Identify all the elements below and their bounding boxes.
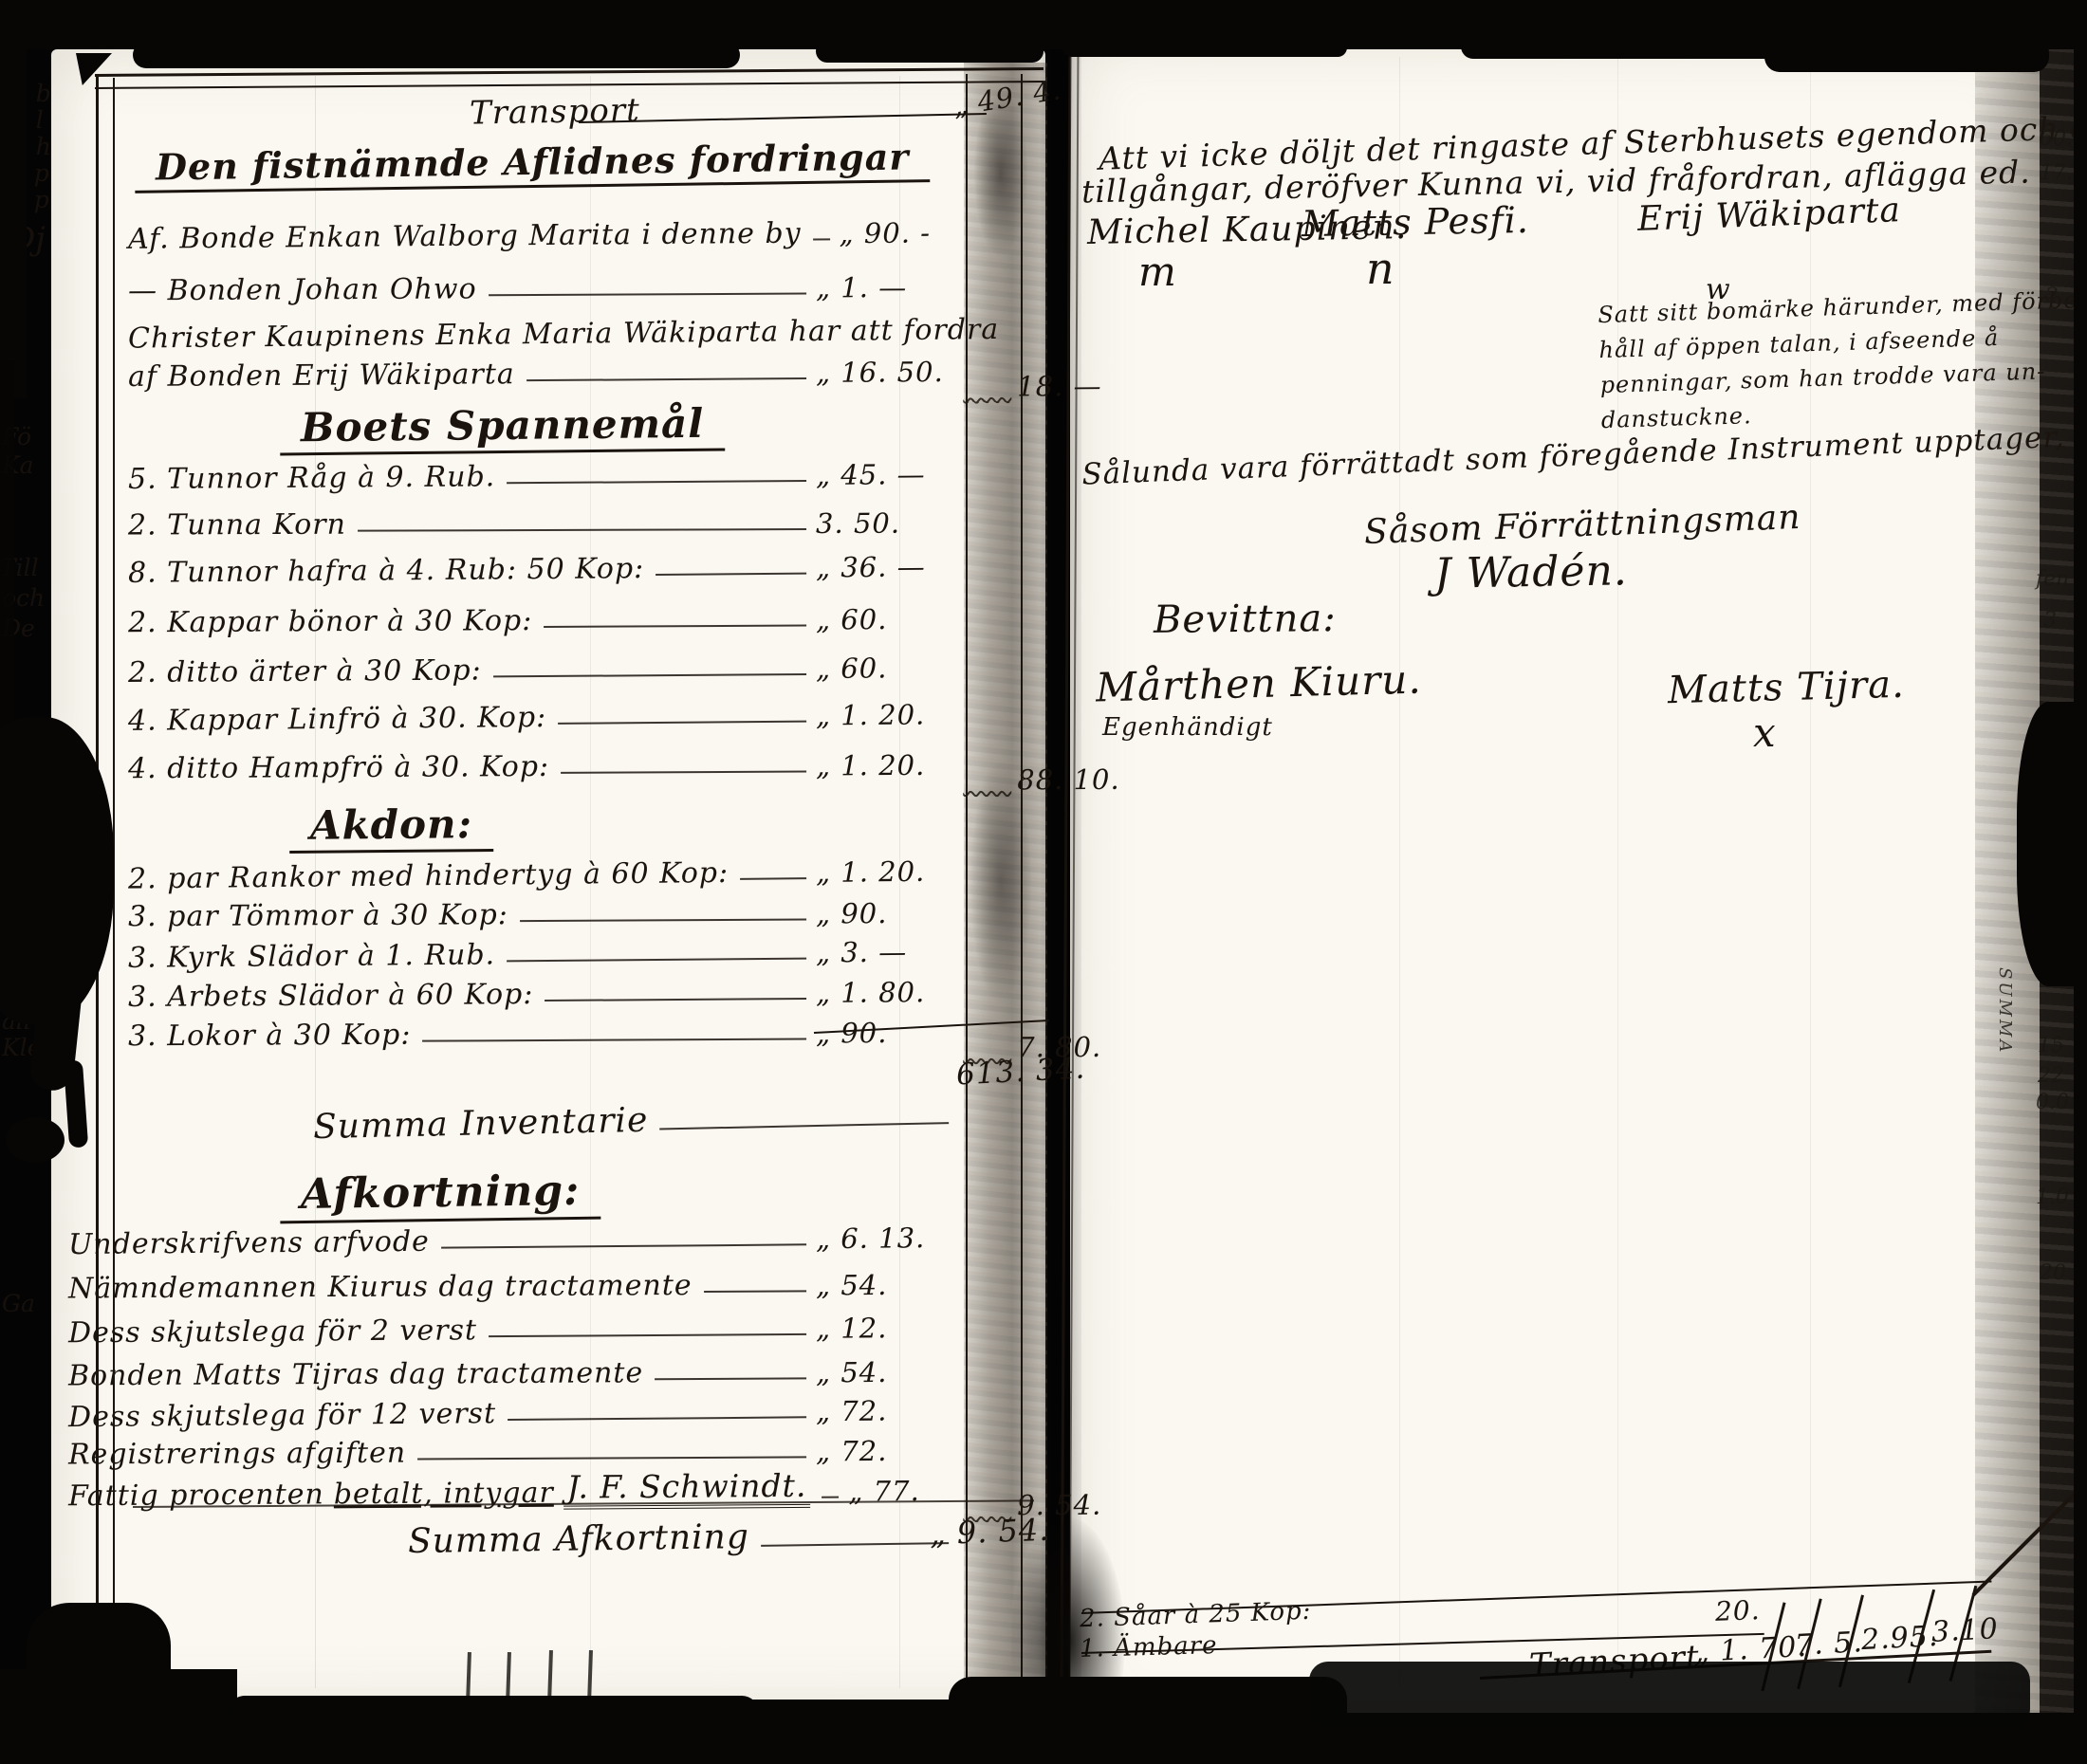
fill-rule [507,958,806,963]
row-value: „ 90. [816,1017,958,1050]
fill-rule [659,1122,949,1130]
edge-fragment: 22 [2038,1064,2064,1088]
officiant-signature: J Wadén. [1434,546,1629,598]
row-value: „ 6. 13. [816,1222,958,1255]
ledger-row: 2. Tunna Korn 3. 50. [128,497,958,542]
summa-inventarie-label: Summa Inventarie [313,1101,649,1147]
edge-fragment: 15 [2038,1034,2064,1057]
ledger-row-fattig: Fattig procenten betalt, intygar J. F. S… [68,1465,958,1514]
row-label: 3. par Tömmor à 30 Kop: [128,898,508,933]
fill-rule [520,919,806,923]
row-label: Registrerings afgiften [68,1437,406,1472]
row-value: „ 12. [816,1312,958,1345]
row-value: „ 1. — [816,271,958,304]
fill-rule [544,625,806,628]
fill-rule [761,1542,949,1547]
fill-rule [489,1333,806,1337]
scan-edge-right [2074,0,2087,1764]
row-value: „ 1. 20. [816,698,958,731]
witness-signature: Matts Tijra. [1667,663,1905,713]
ledger-row: Af. Bonde Enkan Walborg Marita i denne b… [128,207,958,256]
edge-fragment: 1.0 [2036,1185,2069,1209]
fill-rule [813,238,830,240]
ledger-row: Underskrifvens arfvode „ 6. 13. [68,1212,958,1261]
row-label: Nämndemannen Kiurus dag tractamente [68,1269,693,1305]
row-label: Fattig procenten [68,1478,324,1513]
ledger-row: 8. Tunnor hafra à 4. Rub: 50 Kop: „ 36. … [128,541,958,590]
witness-signature: Mårthen Kiuru. [1095,656,1422,711]
scan-edge-lump [1062,38,1347,57]
edge-fragment: 3 [2043,609,2057,633]
fattig-paid-note: betalt, intygar [334,1477,554,1512]
row-label: 2. ditto ärter à 30 Kop: [128,653,482,689]
bomarke-mark: n [1366,243,1395,294]
witness-note: Egenhändigt [1102,713,1273,742]
bomarke-mark: x [1753,709,1777,756]
row-label: 4. Kappar Linfrö à 30. Kop: [128,701,546,738]
fill-rule [656,573,806,576]
scan-edge-lump [1309,1662,2030,1728]
fill-rule [507,480,806,484]
ledger-row: 3. Lokor à 30 Kop: „ 90. 7. 80. [128,1007,958,1054]
row-label: Underskrifvens arfvode [68,1225,430,1261]
fill-rule [422,1038,806,1042]
scanned-book-spread: Transport „ 49. 4. Den fistnämnde Aflidn… [0,0,2087,1764]
row-label: 3. Lokor à 30 Kop: [128,1019,412,1054]
schwindt-signature: J. F. Schwindt. [563,1467,811,1510]
fill-rule [655,1377,806,1380]
scan-edge-lump [664,1700,987,1728]
ledger-row: 2. ditto ärter à 30 Kop: „ 60. [128,642,958,689]
ledger-row: af Bonden Erij Wäkiparta „ 16. 50. 18. — [128,346,958,394]
row-value: „ 36. — [816,550,958,583]
row-value: „ 1. 20. [816,749,958,782]
row-value: „ 90. [816,897,958,930]
ledger-row: Dess skjutslega för 2 verst „ 12. [68,1302,958,1351]
row-label: 3. Arbets Slädor à 60 Kop: [128,978,534,1014]
ledger-row: 5. Tunnor Råg à 9. Rub. „ 45. — [128,449,958,496]
scan-edge-lump [1764,38,2049,72]
row-value: „ 16. 50. [816,356,958,389]
row-label: 4. ditto Hampfrö à 30. Kop: [128,750,549,785]
bomarke-note: Satt sitt bomärke härunder, med förbe- h… [1598,283,2087,438]
bottom-transport-value: 2.95. [1860,1620,1939,1657]
money-column-rule [1021,74,1023,1707]
row-value: „ 3. — [816,935,958,968]
fill-rule [545,998,806,1001]
row-value: 3. 50. [816,506,958,540]
row-value: „ 45. — [816,458,958,491]
row-label: 8. Tunnor hafra à 4. Rub: 50 Kop: [128,552,644,590]
ink-blot [6,1117,65,1163]
page-crease [1399,57,1400,1688]
ledger-row: — Bonden Johan Ohwo „ 1. — [128,262,958,308]
edge-fragment: 60. [2040,127,2073,151]
scan-edge-lump [949,1677,1347,1734]
edge-fragment: fen [2036,567,2069,591]
row-value: „ 1. 80. [816,976,958,1009]
row-label: 2. Tunna Korn [128,508,346,542]
summa-afkortning-row: Summa Afkortning [408,1512,959,1561]
scan-edge-lump [816,40,1043,63]
fill-rule [358,528,806,532]
edge-fragment-vertical: SUMMA [1995,967,2015,1055]
fill-rule [489,293,806,297]
signature-name: Matts Pesfi. [1302,199,1530,245]
bottom-stray-value: 20. [1714,1594,1761,1627]
row-value: „ 54. [816,1269,958,1302]
edge-fragment: 20 [2040,1261,2066,1285]
row-label: — Bonden Johan Ohwo [128,272,477,307]
scan-edge-left [0,360,14,759]
fill-rule [558,721,806,725]
row-value: „ 72. [816,1435,958,1468]
scan-edge-lump [133,42,740,68]
fill-rule [417,1456,806,1460]
row-label: Af. Bonde Enkan Walborg Marita i denne b… [128,217,802,256]
summa-afkortning-label: Summa Afkortning [408,1517,749,1561]
section-heading-akdon: Akdon: [289,800,494,854]
row-value: „ 1. 20. [816,854,958,889]
ledger-row: 4. ditto Hampfrö à 30. Kop: „ 1. 20. 88.… [128,740,958,786]
row-value: „ 72. [816,1394,958,1427]
fill-rule [561,771,806,774]
witness-heading: Bevittna: [1154,597,1337,642]
fill-rule [493,673,806,677]
ledger-row: 2. Kappar bönor à 30 Kop: „ 60. [128,594,958,640]
row-label: Dess skjutslega för 2 verst [68,1314,477,1350]
fill-rule [704,1290,806,1293]
ledger-row: 4. Kappar Linfrö à 30. Kop: „ 1. 20. [128,689,958,738]
fill-rule [740,877,806,880]
row-label: af Bonden Erij Wäkiparta [128,358,515,394]
fill-rule [822,1497,839,1498]
row-label: 5. Tunnor Råg à 9. Rub. [128,460,495,496]
ledger-row: Nämndemannen Kiurus dag tractamente „ 54… [68,1259,958,1306]
fill-rule [508,1416,806,1421]
margin-fragment: Ga [2,1290,35,1317]
row-label: 2. Kappar bönor à 30 Kop: [128,604,532,639]
row-value: „ 60. [816,603,958,636]
row-value: „ 90. - [839,216,981,249]
row-value: „ 60. [816,652,958,685]
bomarke-mark: m [1138,248,1177,295]
ledger-row: Registrerings afgiften „ 72. [68,1425,958,1472]
transport-label: Transport [470,91,640,132]
section-heading-spannemal: Boets Spannemål [280,400,726,456]
edge-fragment: 0.0 [2036,1091,2069,1114]
fill-rule [1010,335,1027,337]
fill-rule [526,377,806,381]
edge-fragment: 2 [2045,285,2059,308]
fill-rule [441,1243,806,1248]
scan-edge-left [0,0,27,398]
edge-fragment: 17. [2040,161,2073,185]
